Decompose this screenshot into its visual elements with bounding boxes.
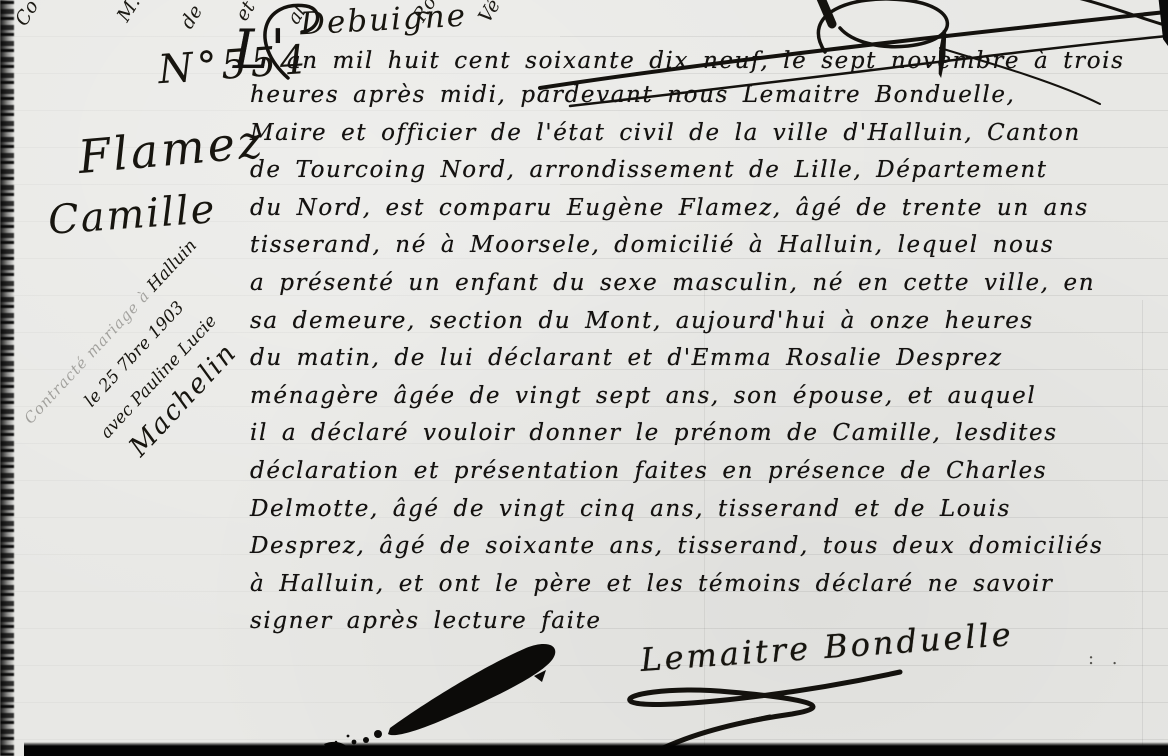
ink-blot xyxy=(290,630,580,756)
act-text-line: il a déclaré vouloir donner le prénom de… xyxy=(250,420,1058,446)
act-text-line: tisserand, né à Moorsele, domicilié à Ha… xyxy=(250,232,1054,258)
scan-edge-streak xyxy=(1157,0,1168,46)
film-edge-left xyxy=(0,0,14,756)
act-text-line: déclaration et présentation faites en pr… xyxy=(250,458,1047,484)
registrar-signature: Lemaitre Bonduelle xyxy=(639,615,1015,679)
signature-ink-dots: : . xyxy=(1088,648,1124,669)
cutoff-margin-fragment: M. xyxy=(113,0,145,26)
act-text-line: de Tourcoing Nord, arrondissement de Lil… xyxy=(250,157,1048,183)
act-text-line: Delmotte, âgé de vingt cinq ans, tissera… xyxy=(250,496,1011,522)
header-registrar-name: Debuigne xyxy=(299,0,468,42)
margin-surname: Flamez xyxy=(76,114,267,184)
act-text-line: du Nord, est comparu Eugène Flamez, âgé … xyxy=(250,195,1089,221)
cutoff-margin-fragment: Co xyxy=(11,0,43,30)
act-text-line: sa demeure, section du Mont, aujourd'hui… xyxy=(250,308,1034,334)
paper-fold-line xyxy=(1142,300,1143,756)
act-text-line: Desprez, âgé de soixante ans, tisserand,… xyxy=(250,533,1103,559)
act-text-line: du matin, de lui déclarant et d'Emma Ros… xyxy=(250,345,1003,371)
cutoff-margin-fragment: Vé xyxy=(474,0,505,27)
act-text-line: à Halluin, et ont le père et les témoins… xyxy=(250,571,1054,597)
act-text-line: a présenté un enfant du sexe masculin, n… xyxy=(250,270,1095,296)
act-text-line: ménagère âgée de vingt sept ans, son épo… xyxy=(250,383,1036,409)
act-text-line: Maire et officier de l'état civil de la … xyxy=(250,120,1081,146)
scanned-birth-register-page: Co M. de et al Ro Vé N°554 Flamez Camill… xyxy=(0,0,1168,756)
film-edge-bottom xyxy=(24,742,1168,756)
act-text-line: L'an mil huit cent soixante dix neuf, le… xyxy=(233,40,1125,74)
cutoff-margin-fragment: de xyxy=(176,1,207,33)
act-text-line: heures après midi, pardevant nous Lemait… xyxy=(250,82,1015,108)
act-text-line: signer après lecture faite xyxy=(250,608,602,634)
